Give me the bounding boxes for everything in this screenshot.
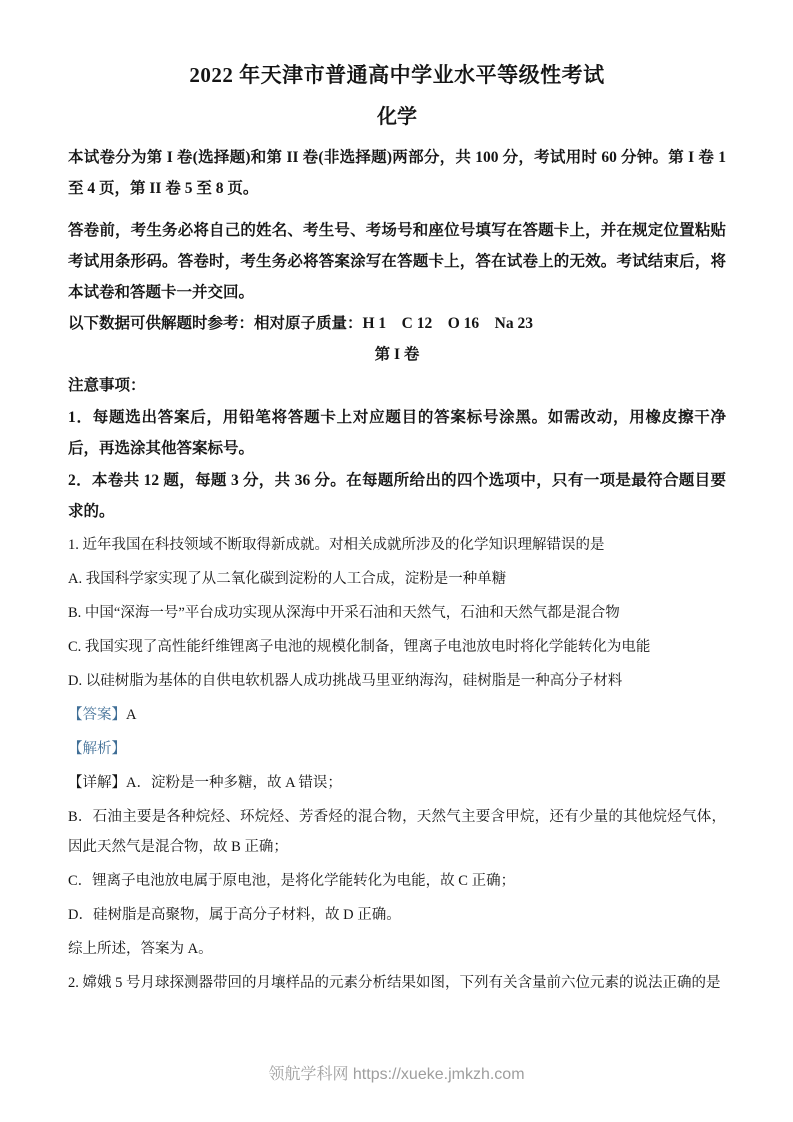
question-1-explanation-d: D．硅树脂是高聚物，属于高分子材料，故 D 正确。 — [68, 900, 726, 930]
note-item-1: 1．每题选出答案后，用铅笔将答题卡上对应题目的答案标号涂黑。如需改动，用橡皮擦干… — [68, 402, 726, 464]
question-1-option-a: A. 我国科学家实现了从二氧化碳到淀粉的人工合成，淀粉是一种单糖 — [68, 564, 726, 594]
answer-label: 【答案】 — [68, 707, 126, 723]
note-item-2: 2．本卷共 12 题，每题 3 分，共 36 分。在每题所给出的四个选项中，只有… — [68, 465, 726, 527]
exam-paper-page: 2022 年天津市普通高中学业水平等级性考试 化学 本试卷分为第 I 卷(选择题… — [0, 0, 793, 1122]
question-1-explanation-c: C．锂离子电池放电属于原电池，是将化学能转化为电能，故 C 正确； — [68, 866, 726, 896]
answer-value: A — [126, 707, 136, 723]
question-1-option-c: C. 我国实现了高性能纤维锂离子电池的规模化制备，锂离子电池放电时将化学能转化为… — [68, 632, 726, 662]
question-1-explanation-b: B．石油主要是各种烷烃、环烷烃、芳香烃的混合物，天然气主要含甲烷，还有少量的其他… — [68, 802, 726, 862]
page-title: 2022 年天津市普通高中学业水平等级性考试 — [68, 60, 726, 90]
question-1-option-d: D. 以硅树脂为基体的自供电软机器人成功挑战马里亚纳海沟，硅树脂是一种高分子材料 — [68, 666, 726, 696]
page-content: 2022 年天津市普通高中学业水平等级性考试 化学 本试卷分为第 I 卷(选择题… — [68, 60, 726, 1002]
question-2: 2. 嫦娥 5 号月球探测器带回的月壤样品的元素分析结果如图，下列有关含量前六位… — [68, 968, 726, 998]
subject-title: 化学 — [68, 103, 726, 131]
section-1-header: 第 I 卷 — [68, 339, 726, 370]
question-1-analysis-line: 【解析】 — [68, 734, 726, 764]
question-1-option-b: B. 中国“深海一号”平台成功实现从深海中开采石油和天然气，石油和天然气都是混合… — [68, 598, 726, 628]
intro-paragraph-2: 答卷前，考生务必将自己的姓名、考生号、考场号和座位号填写在答题卡上，并在规定位置… — [68, 215, 726, 308]
notes-title: 注意事项： — [68, 370, 726, 401]
question-1-conclusion: 综上所述，答案为 A。 — [68, 934, 726, 964]
intro-paragraph-1: 本试卷分为第 I 卷(选择题)和第 II 卷(非选择题)两部分，共 100 分，… — [68, 142, 726, 204]
question-1-explanation-a: 【详解】A．淀粉是一种多糖，故 A 错误； — [68, 768, 726, 798]
reference-data-line: 以下数据可供解题时参考：相对原子质量：H 1 C 12 O 16 Na 23 — [68, 308, 726, 339]
question-1: 1. 近年我国在科技领域不断取得新成就。对相关成就所涉及的化学知识理解错误的是 … — [68, 530, 726, 964]
site-watermark: 领航学科网 https://xueke.jmkzh.com — [0, 1064, 793, 1086]
analysis-label: 【解析】 — [68, 741, 126, 757]
question-2-stem: 2. 嫦娥 5 号月球探测器带回的月壤样品的元素分析结果如图，下列有关含量前六位… — [68, 968, 726, 998]
question-1-answer-line: 【答案】A — [68, 700, 726, 730]
question-1-stem: 1. 近年我国在科技领域不断取得新成就。对相关成就所涉及的化学知识理解错误的是 — [68, 530, 726, 560]
